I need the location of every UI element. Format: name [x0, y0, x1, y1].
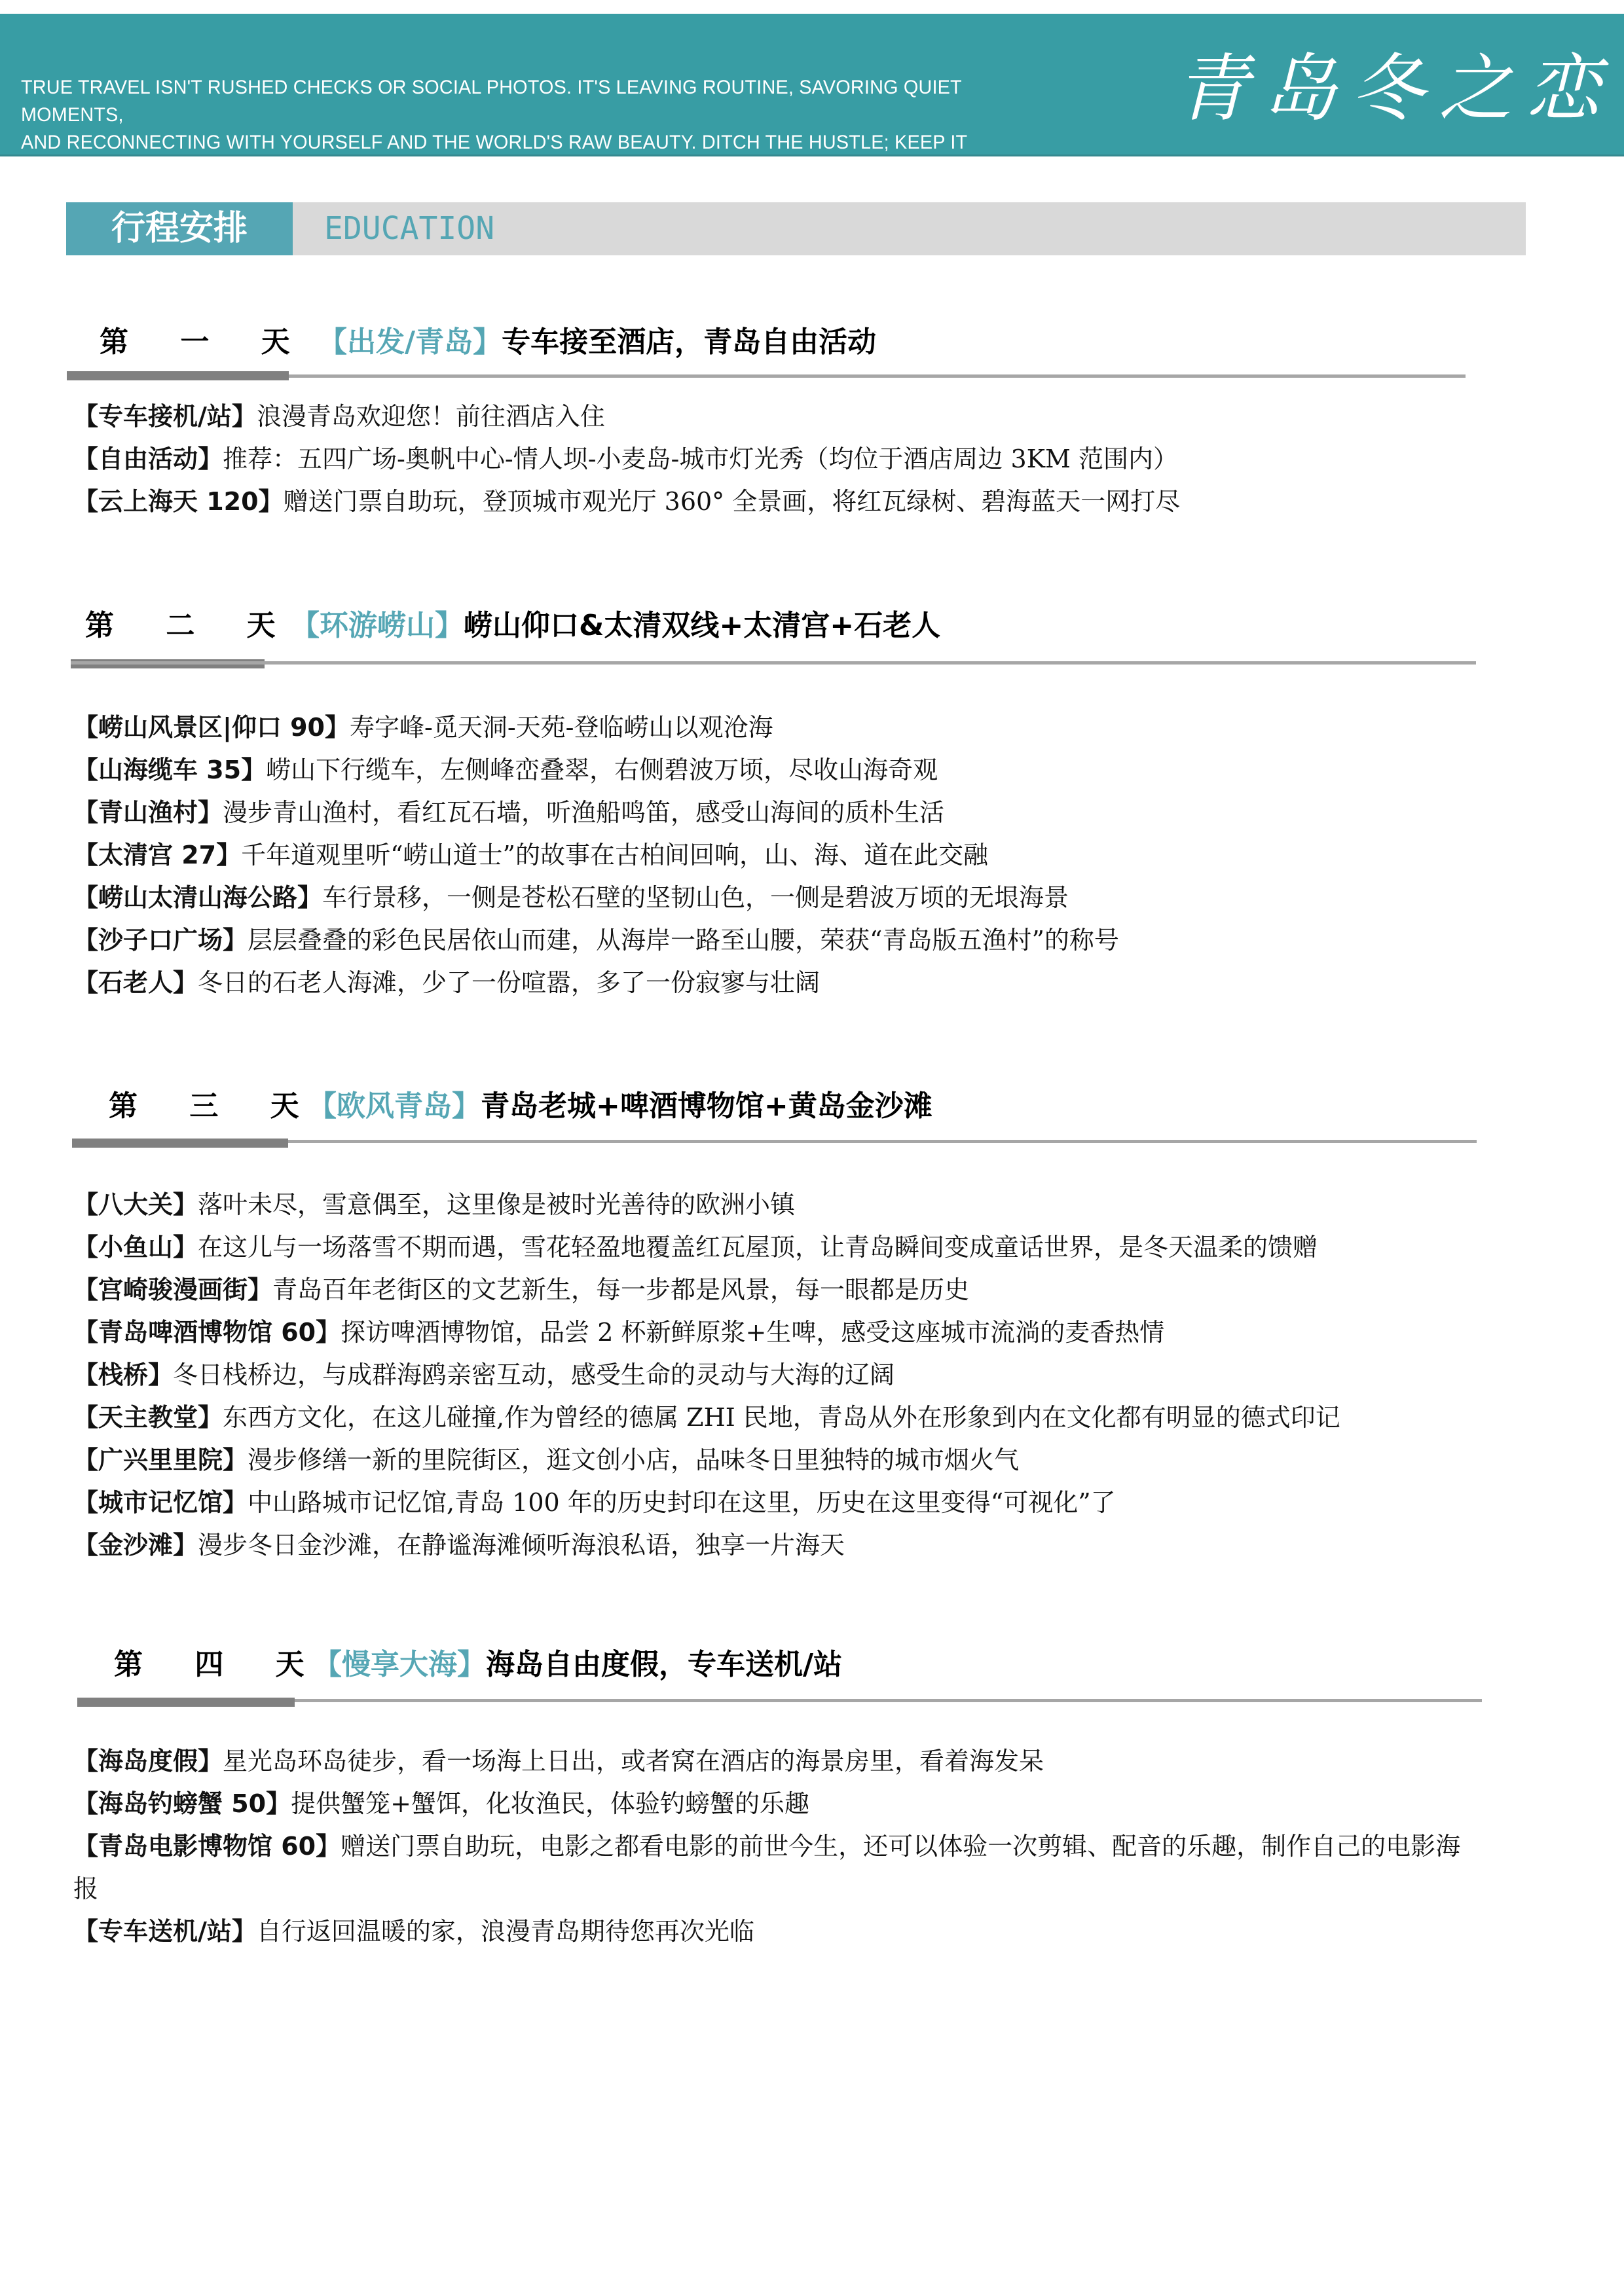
day-title: 【环游崂山】崂山仰口&太清双线+太清宫+石老人 [291, 603, 940, 649]
day-subtitle: 海岛自由度假，专车送机/站 [486, 1648, 842, 1681]
day-header: 第 四 天 【慢享大海】海岛自由度假，专车送机/站 [0, 1642, 1624, 1688]
item-text: 在这儿与一场落雪不期而遇，雪花轻盈地覆盖红瓦屋顶，让青岛瞬间变成童话世界，是冬天… [198, 1233, 1318, 1262]
list-item: 【专车送机/站】自行返回温暖的家，浪漫青岛期待您再次光临 [73, 1910, 1514, 1953]
item-text: 寿字峰-觅天洞-天苑-登临崂山以观沧海 [350, 713, 773, 742]
item-key: 【金沙滩】 [73, 1531, 198, 1559]
item-key: 【专车接机/站】 [73, 402, 257, 431]
list-item: 【沙子口广场】层层叠叠的彩色民居依山而建，从海岸一路至山腰，荣获“青岛版五渔村”… [73, 919, 1514, 962]
list-item: 【天主教堂】东西方文化，在这儿碰撞,作为曾经的德属 ZHI 民地，青岛从外在形象… [73, 1396, 1514, 1439]
item-text: 层层叠叠的彩色民居依山而建，从海岸一路至山腰，荣获“青岛版五渔村”的称号 [248, 926, 1119, 955]
list-item: 【云上海天 120】赠送门票自助玩，登顶城市观光厅 360° 全景画，将红瓦绿树… [73, 481, 1514, 523]
day-tag: 【环游崂山】 [291, 609, 464, 642]
item-text: 推荐：五四广场-奥帆中心-情人坝-小麦岛-城市灯光秀（均位于酒店周边 3KM 范… [223, 445, 1178, 473]
item-text: 车行景移，一侧是苍松石壁的坚韧山色，一侧是碧波万顷的无垠海景 [322, 883, 1069, 912]
list-item: 【山海缆车 35】崂山下行缆车，左侧峰峦叠翠，右侧碧波万顷，尽收山海奇观 [73, 749, 1514, 792]
day-subtitle: 专车接至酒店，青岛自由活动 [502, 325, 876, 359]
list-item: 【崂山风景区|仰口 90】寿字峰-觅天洞-天苑-登临崂山以观沧海 [73, 706, 1514, 749]
item-key: 【天主教堂】 [73, 1403, 223, 1432]
item-text: 漫步青山渔村，看红瓦石墙，听渔船鸣笛，感受山海间的质朴生活 [223, 798, 944, 827]
banner-tagline: TRUE TRAVEL ISN'T RUSHED CHECKS OR SOCIA… [21, 74, 1052, 184]
day-label: 第 四 天 [114, 1642, 325, 1688]
item-key: 【青岛啤酒博物馆 60】 [73, 1318, 341, 1347]
tagline-line-2: AND RECONNECTING WITH YOURSELF AND THE W… [21, 129, 1052, 184]
day-label: 第 三 天 [109, 1084, 320, 1129]
list-item: 【金沙滩】漫步冬日金沙滩，在静谧海滩倾听海浪私语，独享一片海天 [73, 1524, 1514, 1567]
item-key: 【广兴里里院】 [73, 1446, 248, 1474]
item-key: 【崂山太清山海公路】 [73, 883, 322, 912]
item-key: 【青岛电影博物馆 60】 [73, 1832, 341, 1861]
item-key: 【石老人】 [73, 968, 198, 997]
list-item: 【海岛度假】星光岛环岛徒步，看一场海上日出，或者窝在酒店的海景房里，看着海发呆 [73, 1740, 1514, 1783]
divider-line [295, 1699, 1482, 1702]
list-item: 【青岛啤酒博物馆 60】探访啤酒博物馆，品尝 2 杯新鲜原浆+生啤，感受这座城市… [73, 1311, 1514, 1354]
divider-block [67, 371, 289, 380]
section-title-cn: 行程安排 [66, 202, 293, 255]
item-text: 提供蟹笼+蟹饵，化妆渔民，体验钓螃蟹的乐趣 [291, 1789, 809, 1818]
day-header: 第 二 天 【环游崂山】崂山仰口&太清双线+太清宫+石老人 [0, 603, 1624, 649]
day-header: 第 三 天 【欧风青岛】青岛老城+啤酒博物馆+黄岛金沙滩 [0, 1084, 1624, 1129]
day-tag: 【慢享大海】 [313, 1648, 486, 1681]
item-text: 漫步冬日金沙滩，在静谧海滩倾听海浪私语，独享一片海天 [198, 1531, 845, 1559]
list-item: 【海岛钓螃蟹 50】提供蟹笼+蟹饵，化妆渔民，体验钓螃蟹的乐趣 [73, 1783, 1514, 1825]
item-text: 浪漫青岛欢迎您！前往酒店入住 [257, 402, 605, 431]
banner-title: 青岛冬之恋 [1175, 46, 1614, 132]
item-key: 【青山渔村】 [73, 798, 223, 827]
list-item: 【八大关】落叶未尽，雪意偶至，这里像是被时光善待的欧洲小镇 [73, 1184, 1514, 1226]
item-text: 冬日的石老人海滩，少了一份喧嚣，多了一份寂寥与壮阔 [198, 968, 820, 997]
list-item: 【太清宫 27】千年道观里听“崂山道士”的故事在古柏间回响，山、海、道在此交融 [73, 834, 1514, 877]
day-title: 【欧风青岛】青岛老城+啤酒博物馆+黄岛金沙滩 [308, 1084, 932, 1129]
item-key: 【八大关】 [73, 1190, 198, 1219]
item-text: 东西方文化，在这儿碰撞,作为曾经的德属 ZHI 民地，青岛从外在形象到内在文化都… [223, 1403, 1340, 1432]
item-text: 千年道观里听“崂山道士”的故事在古柏间回响，山、海、道在此交融 [241, 841, 988, 869]
day-label: 第 一 天 [100, 319, 311, 365]
list-item: 【宫崎骏漫画街】青岛百年老街区的文艺新生，每一步都是风景，每一眼都是历史 [73, 1269, 1514, 1311]
day-subtitle: 青岛老城+啤酒博物馆+黄岛金沙滩 [481, 1089, 932, 1123]
list-item: 【青岛电影博物馆 60】赠送门票自助玩，电影之都看电影的前世今生，还可以体验一次… [73, 1825, 1462, 1910]
day-header: 第 一 天 【出发/青岛】专车接至酒店，青岛自由活动 [0, 319, 1624, 365]
item-key: 【栈桥】 [73, 1360, 173, 1389]
day-divider [71, 659, 1476, 671]
divider-line [288, 1140, 1477, 1143]
day-divider [77, 1698, 1482, 1709]
item-text: 落叶未尽，雪意偶至，这里像是被时光善待的欧洲小镇 [198, 1190, 795, 1219]
day-items: 【专车接机/站】浪漫青岛欢迎您！前往酒店入住 【自由活动】推荐：五四广场-奥帆中… [73, 395, 1514, 523]
item-text: 赠送门票自助玩，登顶城市观光厅 360° 全景画，将红瓦绿树、碧海蓝天一网打尽 [284, 487, 1181, 516]
day-divider [67, 371, 1466, 383]
item-text: 自行返回温暖的家，浪漫青岛期待您再次光临 [257, 1917, 754, 1946]
section-heading: 行程安排 EDUCATION [66, 202, 1526, 255]
item-text: 冬日栈桥边，与成群海鸥亲密互动，感受生命的灵动与大海的辽阔 [173, 1360, 895, 1389]
item-text: 探访啤酒博物馆，品尝 2 杯新鲜原浆+生啤，感受这座城市流淌的麦香热情 [341, 1318, 1164, 1347]
day-subtitle: 崂山仰口&太清双线+太清宫+石老人 [464, 609, 940, 642]
item-key: 【海岛钓螃蟹 50】 [73, 1789, 291, 1818]
item-text: 青岛百年老街区的文艺新生，每一步都是风景，每一眼都是历史 [272, 1275, 969, 1304]
item-key: 【太清宫 27】 [73, 841, 241, 869]
day-items: 【海岛度假】星光岛环岛徒步，看一场海上日出，或者窝在酒店的海景房里，看着海发呆 … [73, 1740, 1514, 1953]
header-banner: TRUE TRAVEL ISN'T RUSHED CHECKS OR SOCIA… [0, 14, 1624, 156]
item-text: 星光岛环岛徒步，看一场海上日出，或者窝在酒店的海景房里，看着海发呆 [223, 1747, 1044, 1776]
item-key: 【沙子口广场】 [73, 926, 248, 955]
item-key: 【自由活动】 [73, 445, 223, 473]
item-key: 【山海缆车 35】 [73, 756, 266, 784]
divider-line [71, 661, 1476, 665]
day-divider [72, 1139, 1477, 1150]
item-text: 中山路城市记忆馆,青岛 100 年的历史封印在这里，历史在这里变得“可视化”了 [248, 1488, 1116, 1517]
day-items: 【八大关】落叶未尽，雪意偶至，这里像是被时光善待的欧洲小镇 【小鱼山】在这儿与一… [73, 1184, 1514, 1567]
item-text: 漫步修缮一新的里院街区，逛文创小店，品味冬日里独特的城市烟火气 [248, 1446, 1019, 1474]
day-tag: 【出发/青岛】 [318, 325, 502, 359]
day-title: 【出发/青岛】专车接至酒店，青岛自由活动 [318, 319, 876, 365]
list-item: 【石老人】冬日的石老人海滩，少了一份喧嚣，多了一份寂寥与壮阔 [73, 962, 1514, 1004]
section-title-en: EDUCATION [293, 202, 1526, 255]
item-key: 【城市记忆馆】 [73, 1488, 248, 1517]
list-item: 【自由活动】推荐：五四广场-奥帆中心-情人坝-小麦岛-城市灯光秀（均位于酒店周边… [73, 438, 1514, 481]
divider-block [77, 1698, 295, 1707]
list-item: 【青山渔村】漫步青山渔村，看红瓦石墙，听渔船鸣笛，感受山海间的质朴生活 [73, 792, 1514, 834]
item-key: 【云上海天 120】 [73, 487, 284, 516]
day-tag: 【欧风青岛】 [308, 1089, 481, 1123]
divider-line [289, 374, 1466, 378]
item-text: 崂山下行缆车，左侧峰峦叠翠，右侧碧波万顷，尽收山海奇观 [266, 756, 938, 784]
divider-block [72, 1139, 288, 1148]
list-item: 【城市记忆馆】中山路城市记忆馆,青岛 100 年的历史封印在这里，历史在这里变得… [73, 1482, 1514, 1524]
day-label: 第 二 天 [85, 603, 297, 649]
item-key: 【专车送机/站】 [73, 1917, 257, 1946]
day-items: 【崂山风景区|仰口 90】寿字峰-觅天洞-天苑-登临崂山以观沧海 【山海缆车 3… [73, 706, 1514, 1004]
list-item: 【小鱼山】在这儿与一场落雪不期而遇，雪花轻盈地覆盖红瓦屋顶，让青岛瞬间变成童话世… [73, 1226, 1514, 1269]
item-key: 【小鱼山】 [73, 1233, 198, 1262]
list-item: 【专车接机/站】浪漫青岛欢迎您！前往酒店入住 [73, 395, 1514, 438]
list-item: 【栈桥】冬日栈桥边，与成群海鸥亲密互动，感受生命的灵动与大海的辽阔 [73, 1354, 1514, 1396]
item-key: 【海岛度假】 [73, 1747, 223, 1776]
item-key: 【宫崎骏漫画街】 [73, 1275, 272, 1304]
list-item: 【广兴里里院】漫步修缮一新的里院街区，逛文创小店，品味冬日里独特的城市烟火气 [73, 1439, 1514, 1482]
day-title: 【慢享大海】海岛自由度假，专车送机/站 [313, 1642, 842, 1688]
tagline-line-1: TRUE TRAVEL ISN'T RUSHED CHECKS OR SOCIA… [21, 74, 1052, 129]
item-key: 【崂山风景区|仰口 90】 [73, 713, 350, 742]
list-item: 【崂山太清山海公路】车行景移，一侧是苍松石壁的坚韧山色，一侧是碧波万顷的无垠海景 [73, 877, 1514, 919]
